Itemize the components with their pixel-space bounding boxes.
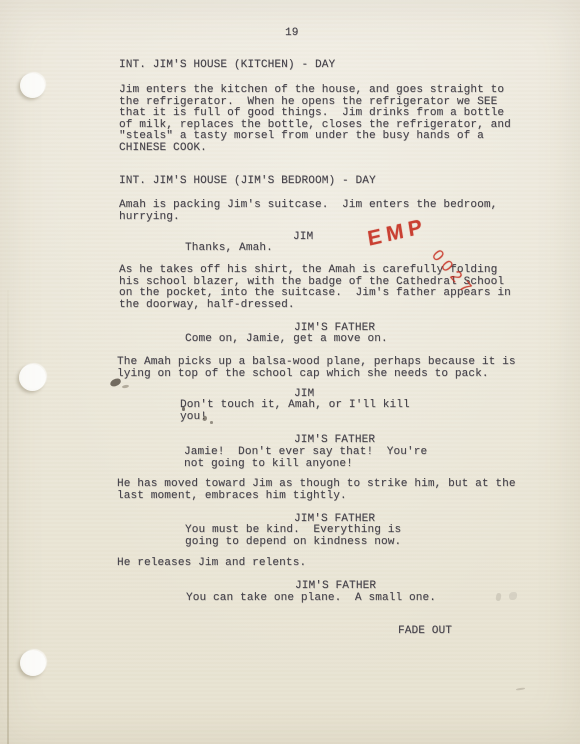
dialogue-one-plane: You can take one plane. A small one.	[186, 593, 436, 605]
action-paragraph-releases: He releases Jim and relents.	[117, 558, 306, 570]
faint-ghost-mark	[495, 593, 501, 602]
dialogue-dont-touch-it: Don't touch it, Amah, or I'll kill you!	[180, 400, 410, 423]
hole-punch-bottom	[20, 650, 46, 676]
action-paragraph-balsa-plane: The Amah picks up a balsa-wood plane, pe…	[117, 357, 516, 380]
dialogue-dont-ever-say-that: Jamie! Don't ever say that! You're not g…	[184, 447, 427, 470]
hole-punch-top	[20, 73, 45, 98]
page-number: 19	[285, 28, 299, 40]
paper-crease	[7, 290, 9, 744]
screenplay-page-sheet: 19 INT. JIM'S HOUSE (KITCHEN) - DAY Jim …	[0, 0, 580, 744]
character-name-jims-father: JIM'S FATHER	[294, 435, 375, 447]
transition-fade-out: FADE OUT	[398, 626, 452, 638]
hole-punch-middle	[19, 364, 46, 391]
dialogue-thanks-amah: Thanks, Amah.	[185, 243, 273, 255]
dialogue-you-must-be-kind: You must be kind. Everything is going to…	[185, 525, 401, 548]
action-paragraph-packing: Amah is packing Jim's suitcase. Jim ente…	[119, 200, 497, 223]
faint-ghost-mark	[509, 592, 517, 600]
action-paragraph-kitchen: Jim enters the kitchen of the house, and…	[119, 85, 511, 155]
action-paragraph-embrace: He has moved toward Jim as though to str…	[117, 479, 516, 502]
character-name-jim: JIM	[293, 232, 313, 244]
ink-smudge-tail	[122, 384, 129, 388]
dialogue-come-on-jamie: Come on, Jamie, get a move on.	[185, 334, 388, 346]
scene-heading-bedroom: INT. JIM'S HOUSE (JIM'S BEDROOM) - DAY	[119, 176, 376, 188]
character-name-jims-father: JIM'S FATHER	[295, 581, 376, 593]
faint-dash-mark	[516, 687, 525, 690]
scene-heading-kitchen: INT. JIM'S HOUSE (KITCHEN) - DAY	[119, 60, 335, 72]
